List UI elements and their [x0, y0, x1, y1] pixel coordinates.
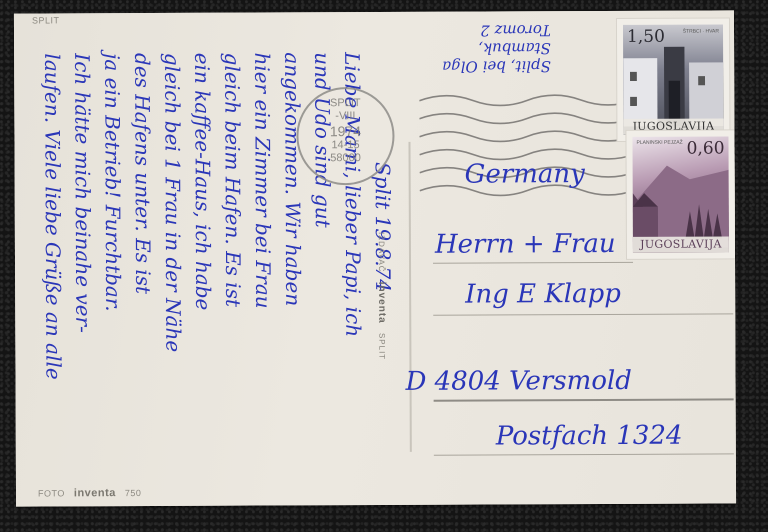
photo-brand: inventa	[74, 487, 116, 499]
stamp-value: 1,50	[627, 27, 665, 47]
message-line: Liebe Mami, lieber Papi, ich	[340, 12, 366, 492]
postmark-city: SPLIT	[298, 97, 392, 110]
sender-note-upside-down: Split, bei Olga Stambuk, Toromz 2	[442, 21, 551, 75]
sender-line: Toromz 2	[442, 21, 551, 39]
publisher-brand: inventa	[376, 282, 387, 324]
message-line: laufen. Viele liebe Grüße an alle	[40, 13, 66, 493]
address-rule	[433, 313, 733, 315]
address-rule	[433, 262, 633, 264]
postcard: SPLIT Split 19.8.74Liebe Mami, lieber Pa…	[14, 10, 736, 506]
message-line: des Hafens unter. Es ist	[130, 13, 156, 493]
mountain-landscape-illustration-icon	[633, 158, 729, 248]
publisher-imprint: IZDAVAČ inventa SPLIT	[376, 232, 388, 382]
postmark: SPLIT -VIII 1974 14-15 58000	[296, 87, 394, 185]
photo-credit: FOTO inventa 750	[38, 487, 141, 499]
stamp-caption: ŠTRBCI · HVAR	[683, 28, 719, 34]
message-line: gleich bei 1 Frau in der Nähe	[160, 13, 186, 493]
message-line: Ich hätte mich beinahe ver-	[70, 13, 96, 493]
stamp-1-50: 1,50 ŠTRBCI · HVAR JUGOSLAVIJA	[617, 18, 730, 140]
address-line-postbox: Postfach 1324	[496, 421, 683, 452]
message-line: ja ein Betrieb! Furchtbar.	[100, 13, 126, 493]
postmark-time: 14-15	[298, 139, 392, 152]
address-line-city: D 4804 Versmold	[405, 366, 631, 397]
message-line: und Udo sind gut	[310, 12, 336, 492]
address-country: Germany	[465, 159, 585, 190]
stamp-0-60: 0,60 PLANINSKI PEJZAŽ JUGOSLAVIJA	[626, 130, 735, 258]
postmark-year: 1974	[298, 123, 392, 139]
message-line: hier ein Zimmer bei Frau	[250, 12, 276, 492]
address-line-name: Ing E Klapp	[465, 279, 621, 310]
stamp-caption: PLANINSKI PEJZAŽ	[636, 140, 682, 146]
message-line: ein kaffee-Haus, ich habe	[190, 13, 216, 493]
publisher-prefix: IZDAVAČ	[377, 232, 386, 273]
photo-prefix: FOTO	[38, 488, 65, 498]
photo-number: 750	[125, 488, 142, 498]
message-line: gleich beim Hafen. Es ist	[220, 13, 246, 493]
address-rule	[434, 453, 734, 455]
message-line: angekommen. Wir haben	[280, 12, 306, 492]
town-gate-illustration-icon	[623, 46, 723, 126]
center-divider	[408, 142, 411, 452]
stamp-country: JUGOSLAVIJA	[633, 236, 729, 252]
postmark-postcode: 58000	[299, 152, 393, 165]
postmark-month: -VIII	[298, 110, 392, 123]
address-line-recipient: Herrn + Frau	[435, 229, 616, 260]
stamp-value: 0,60	[687, 138, 725, 158]
address-rule	[434, 398, 734, 401]
sender-line: Split, bei Olga	[442, 57, 551, 75]
sender-line: Stambuk,	[442, 39, 551, 57]
publisher-city: SPLIT	[377, 333, 386, 360]
